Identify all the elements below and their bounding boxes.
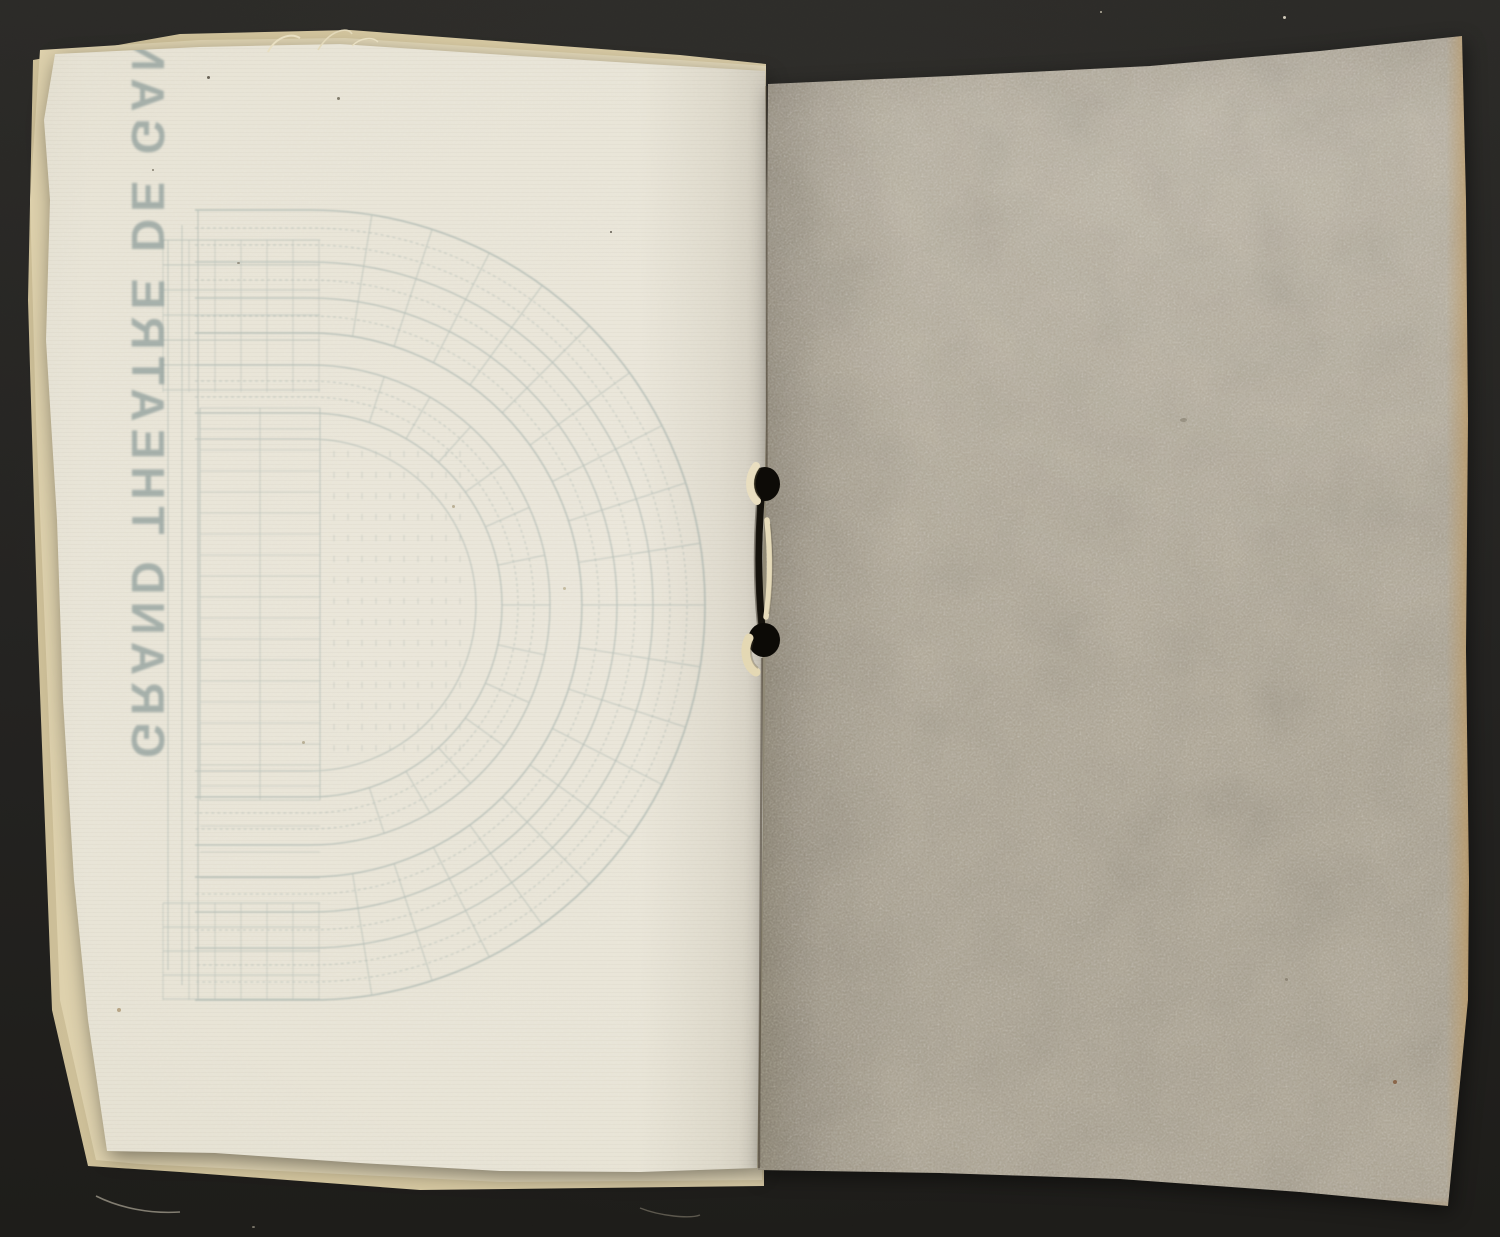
right-cover-wrap <box>0 0 1500 1237</box>
right-cover <box>0 0 1500 1237</box>
cover-speckle-texture <box>0 0 1500 1237</box>
cover-page-edge <box>1446 30 1476 1237</box>
photo-background: GRAND THEATRE DE GAND <box>0 0 1500 1237</box>
cover-bottom-page-edge <box>758 1197 1500 1211</box>
